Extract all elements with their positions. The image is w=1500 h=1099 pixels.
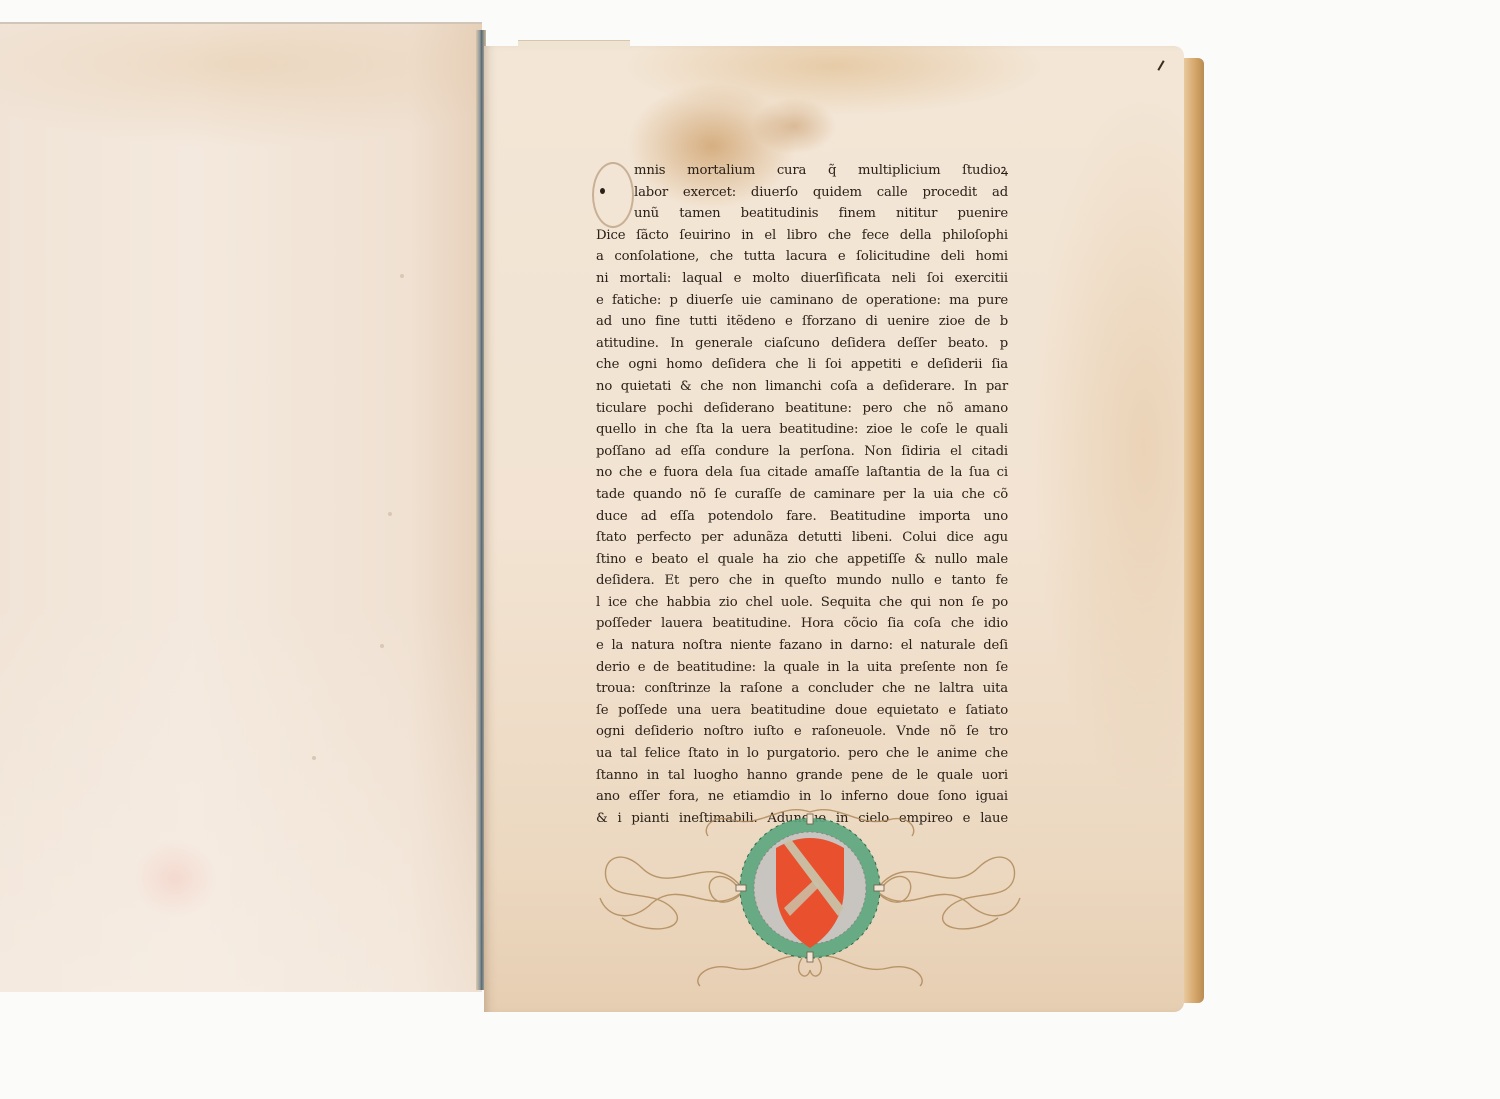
text-line: ſe poſſede una uera beatitudine doue equ… (596, 700, 1008, 722)
page-shading (0, 24, 482, 992)
text-line: ſtato perfecto per adunãza detutti liben… (596, 527, 1008, 549)
text-line: e la natura noſtra niente fazano in darn… (596, 635, 1008, 657)
printed-text-block: mnis mortalium cura q̃ multiplicium ſtud… (596, 160, 1008, 829)
text-line: ano eſſer fora, ne etiamdio in lo infern… (596, 786, 1008, 808)
text-line: che ogni homo deſidera che li ſoi appeti… (596, 354, 1008, 376)
text-line: ni mortali: laqual e molto diuerſificata… (596, 268, 1008, 290)
text-line: mnis mortalium cura q̃ multiplicium ſtud… (596, 160, 1008, 182)
text-line: poſſano ad eſſa condure la perſona. Non … (596, 441, 1008, 463)
text-line: duce ad eſſa potendolo fare. Beatitudine… (596, 506, 1008, 528)
text-line: unũ tamen beatitudinis finem nititur pue… (596, 203, 1008, 225)
text-line: poſſeder lauera beatitudine. Hora cõcio … (596, 613, 1008, 635)
text-line: no quietati & che non limanchi coſa a de… (596, 376, 1008, 398)
text-line: deſidera. Et pero che in queſto mundo nu… (596, 570, 1008, 592)
text-line: quello in che ſta la uera beatitudine: z… (596, 419, 1008, 441)
decorated-initial-space (592, 162, 634, 228)
guide-letter (600, 188, 605, 194)
page-tab (518, 40, 630, 49)
text-line: troua: conſtrinze la raſone a concluder … (596, 678, 1008, 700)
text-line: ſtino e beato el quale ha zio che appeti… (596, 549, 1008, 571)
coat-of-arms-decoration (592, 808, 1028, 988)
text-line: l ice che habbia zio chel uole. Sequita … (596, 592, 1008, 614)
foxing-spot (388, 512, 392, 516)
text-line: Dice ſãcto ſeuirino in el libro che fece… (596, 225, 1008, 247)
text-line: labor exercet: diuerſo quidem calle proc… (596, 182, 1008, 204)
coat-of-arms-icon (592, 808, 1028, 988)
foxing-spot (380, 644, 384, 648)
text-line: ua tal felice ſtato in lo purgatorio. pe… (596, 743, 1008, 765)
text-line: ticulare pochi deſiderano beatitune: per… (596, 398, 1008, 420)
foxing-spot (400, 274, 404, 278)
text-line: a conſolatione, che tutta lacura e ſolic… (596, 246, 1008, 268)
text-line: no che e fuora dela ſua citade amaſſe la… (596, 462, 1008, 484)
text-line: derio e de beatitudine: la quale in la u… (596, 657, 1008, 679)
photo-scene: mnis mortalium cura q̃ multiplicium ſtud… (0, 0, 1500, 1099)
left-blank-page (0, 22, 482, 992)
book-cover-edge (1184, 58, 1204, 1003)
text-line: tade quando nõ ſe curaſſe de caminare pe… (596, 484, 1008, 506)
text-line: atitudine. In generale ciaſcuno deſidera… (596, 333, 1008, 355)
text-line: ad uno fine tutti itẽdeno e ſforzano di … (596, 311, 1008, 333)
foxing-spot (312, 756, 316, 760)
text-line: ogni deſiderio noſtro iuſto e raſoneuole… (596, 721, 1008, 743)
text-line: ſtanno in tal luogho hanno grande pene d… (596, 765, 1008, 787)
text-line: e fatiche: p diuerſe uie caminano de ope… (596, 290, 1008, 312)
